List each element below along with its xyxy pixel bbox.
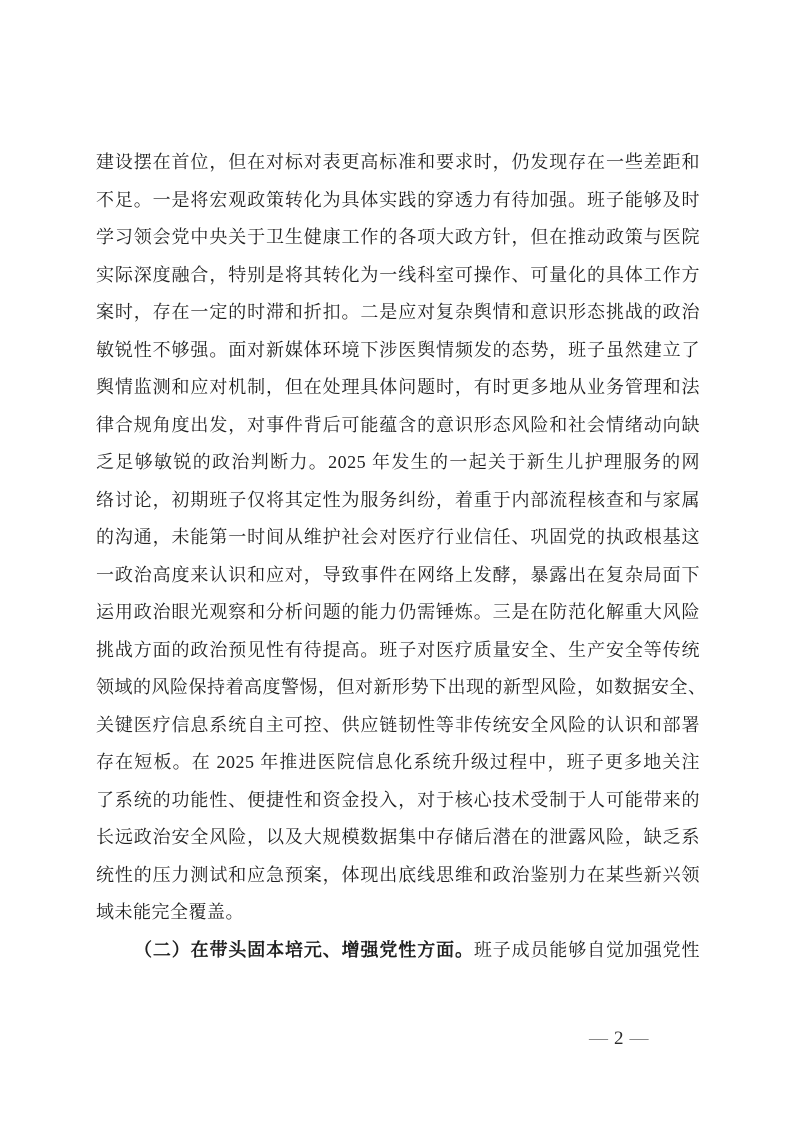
text-line: 律合规角度出发，对事件背后可能蕴含的意识形态风险和社会情绪动向缺: [96, 407, 700, 445]
text-line: 关键医疗信息系统自主可控、供应链韧性等非传统安全风险的认识和部署: [96, 707, 700, 745]
text-line: 舆情监测和应对机制，但在处理具体问题时，有时更多地从业务管理和法: [96, 369, 700, 407]
page-number-right-dash: —: [624, 1028, 655, 1049]
text-line: 乏足够敏锐的政治判断力。2025 年发生的一起关于新生儿护理服务的网: [96, 444, 700, 482]
text-line: 领域的风险保持着高度警惕，但对新形势下出现的新型风险，如数据安全、: [96, 669, 700, 707]
section-body-start: 班子成员能够自觉加强党性: [474, 940, 700, 960]
text-line: 的沟通，未能第一时间从维护社会对医疗行业信任、巩固党的执政根基这: [96, 519, 700, 557]
paragraph-end-line: 域未能完全覆盖。: [96, 894, 700, 932]
text-line: 一政治高度来认识和应对，导致事件在网络上发酵，暴露出在复杂局面下: [96, 557, 700, 595]
page-number-value: 2: [614, 1028, 624, 1049]
text-line: 了系统的功能性、便捷性和资金投入，对于核心技术受制于人可能带来的: [96, 782, 700, 820]
text-line: 络讨论，初期班子仅将其定性为服务纠纷，着重于内部流程核查和与家属: [96, 482, 700, 520]
text-line: 不足。一是将宏观政策转化为具体实践的穿透力有待加强。班子能够及时: [96, 182, 700, 220]
text-line: 敏锐性不够强。面对新媒体环境下涉医舆情频发的态势，班子虽然建立了: [96, 332, 700, 370]
page-number: —2—: [583, 1028, 655, 1050]
section-heading: （二）在带头固本培元、增强党性方面。: [134, 940, 474, 960]
text-line: 挑战方面的政治预见性有待提高。班子对医疗质量安全、生产安全等传统: [96, 632, 700, 670]
page-number-left-dash: —: [583, 1028, 614, 1049]
text-line: 运用政治眼光观察和分析问题的能力仍需锤炼。三是在防范化解重大风险: [96, 594, 700, 632]
text-line: 统性的压力测试和应急预案，体现出底线思维和政治鉴别力在某些新兴领: [96, 857, 700, 895]
text-line: 存在短板。在 2025 年推进医院信息化系统升级过程中，班子更多地关注: [96, 744, 700, 782]
text-line: 学习领会党中央关于卫生健康工作的各项大政方针，但在推动政策与医院: [96, 219, 700, 257]
text-line: 实际深度融合，特别是将其转化为一线科室可操作、可量化的具体工作方: [96, 257, 700, 295]
document-body: 建设摆在首位，但在对标对表更高标准和要求时，仍发现存在一些差距和 不足。一是将宏…: [96, 144, 700, 969]
section-heading-line: （二）在带头固本培元、增强党性方面。班子成员能够自觉加强党性: [96, 932, 700, 970]
text-line: 案时，存在一定的时滞和折扣。二是应对复杂舆情和意识形态挑战的政治: [96, 294, 700, 332]
document-page: 建设摆在首位，但在对标对表更高标准和要求时，仍发现存在一些差距和 不足。一是将宏…: [0, 0, 793, 1122]
text-line: 建设摆在首位，但在对标对表更高标准和要求时，仍发现存在一些差距和: [96, 144, 700, 182]
text-line: 长远政治安全风险，以及大规模数据集中存储后潜在的泄露风险，缺乏系: [96, 819, 700, 857]
